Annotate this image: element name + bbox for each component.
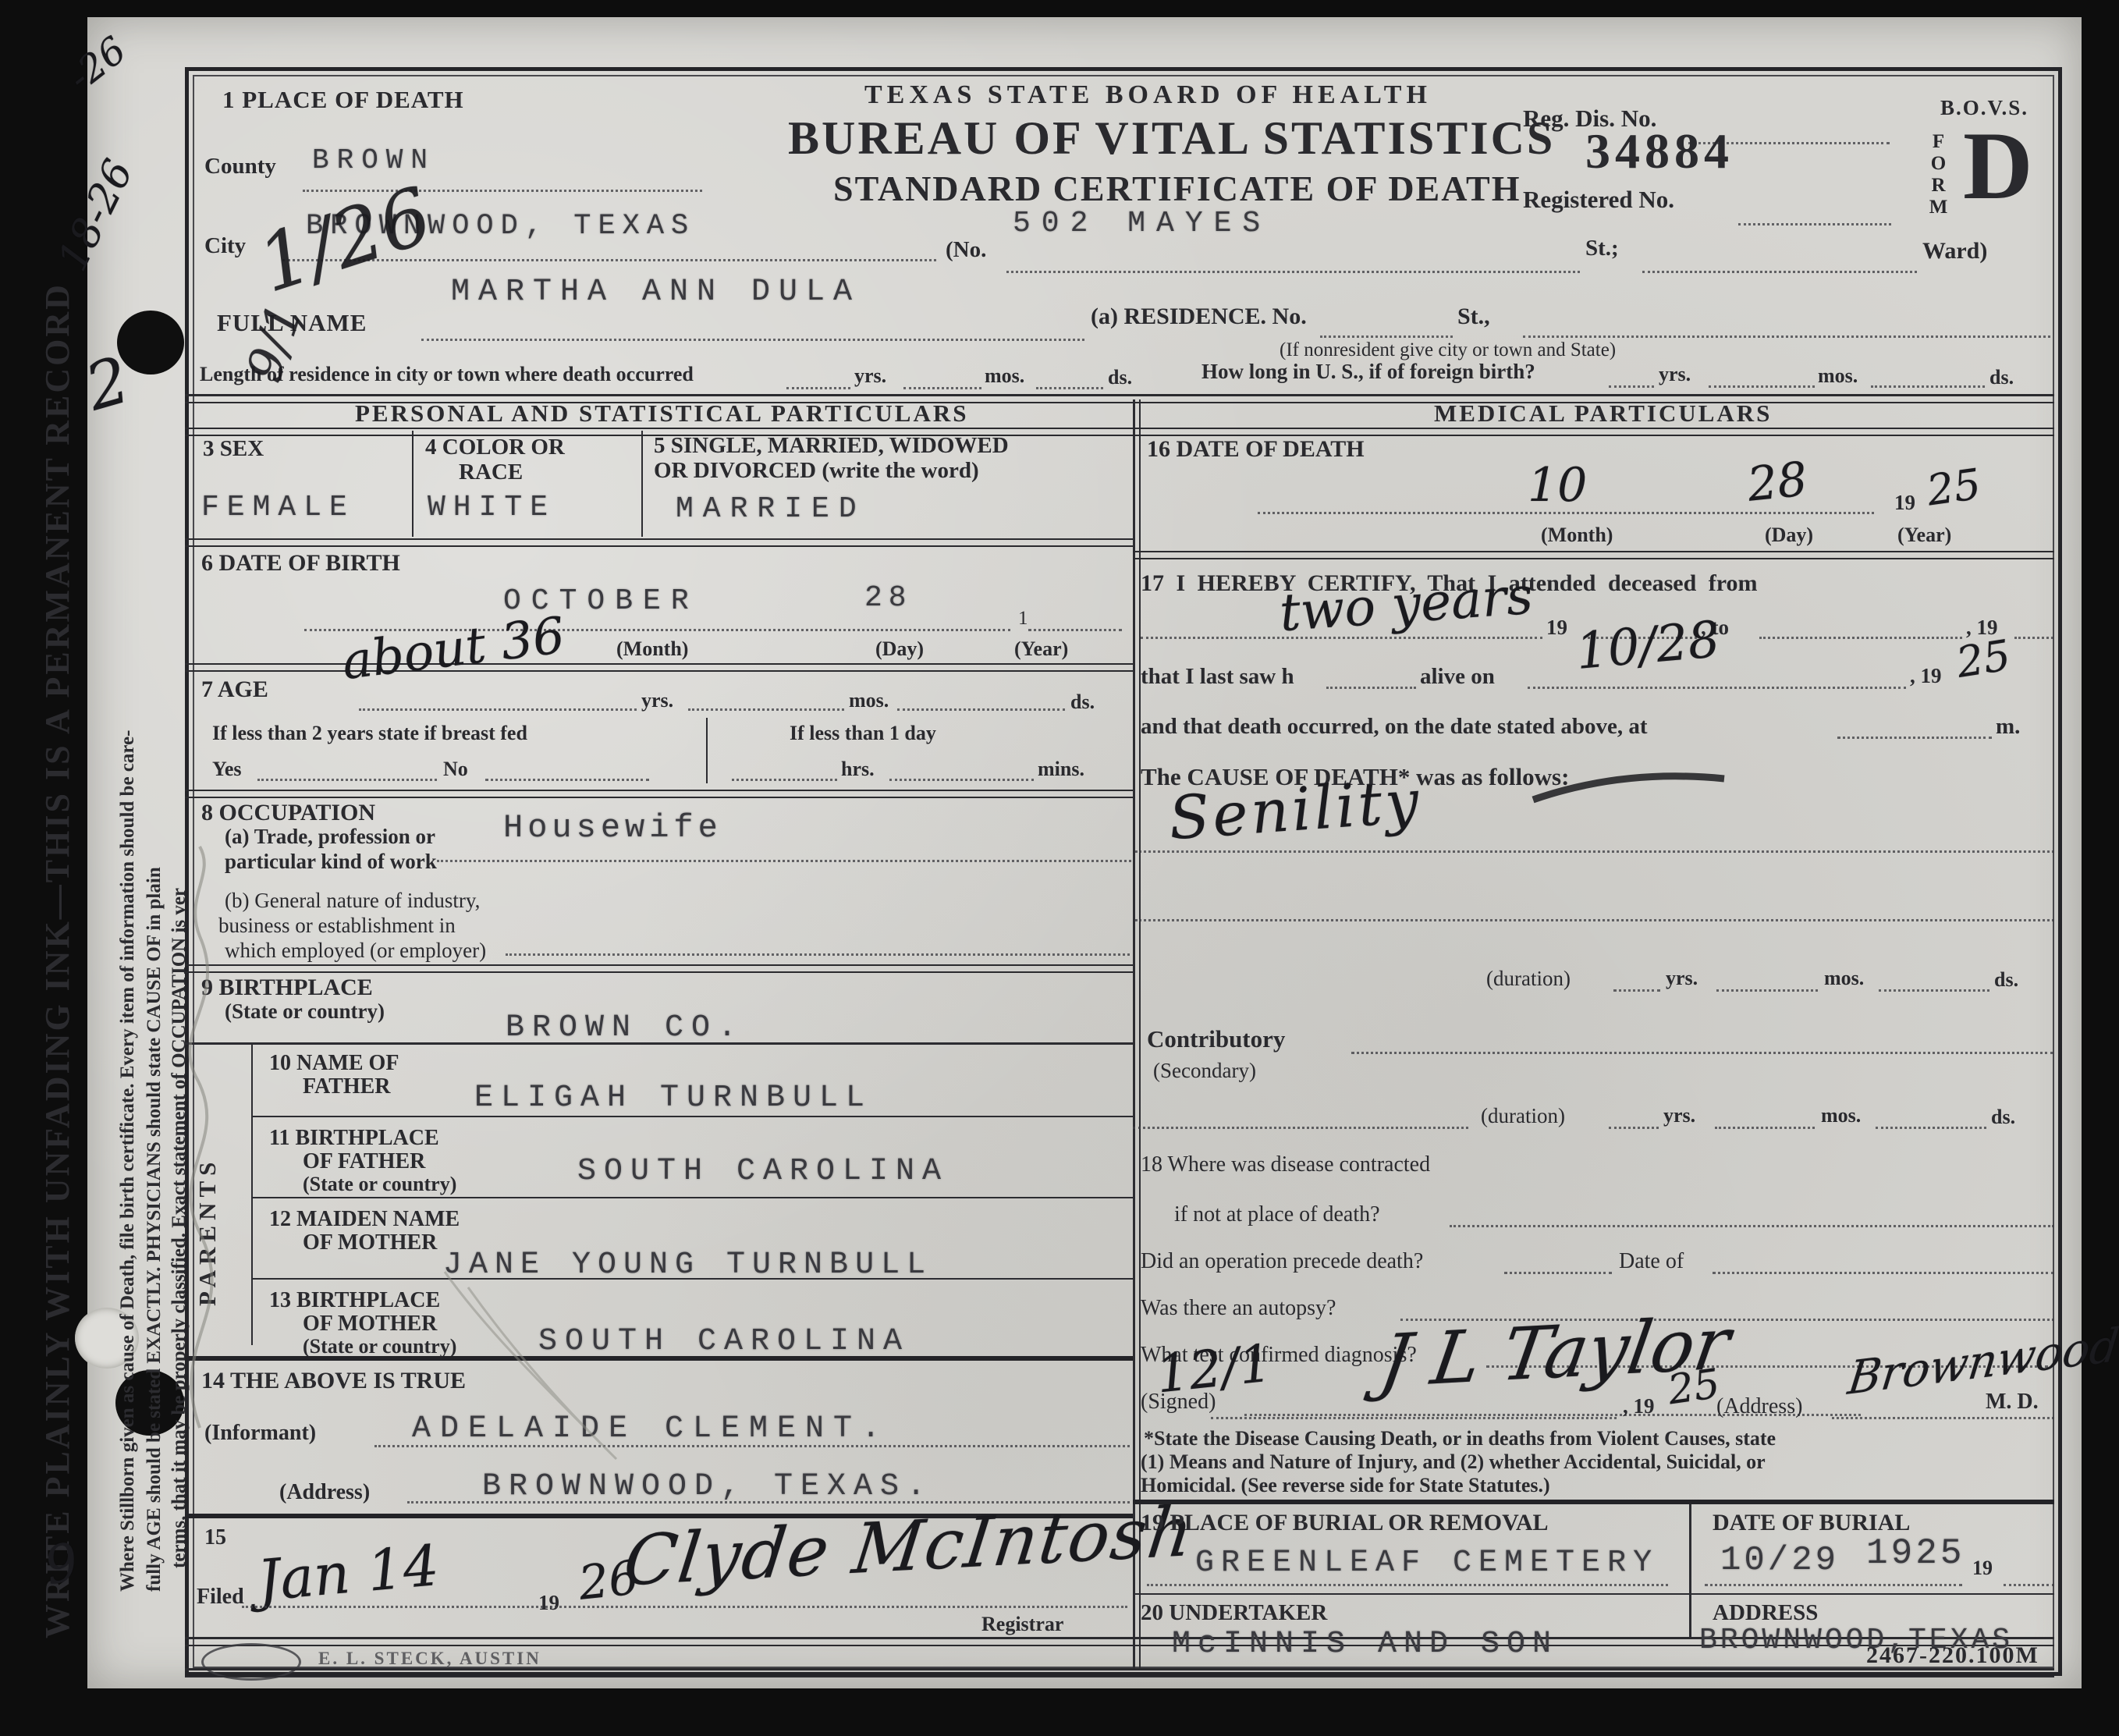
- howlong-dots-3: [1871, 385, 1985, 388]
- len-dots-3: [1036, 387, 1103, 389]
- parents-bottom-divider: [185, 1356, 1133, 1361]
- dur1-yrs: yrs.: [1666, 967, 1698, 989]
- full-name-dotted: [421, 339, 1084, 341]
- informant-address-label: (Address): [279, 1481, 370, 1503]
- informant-address-value: BROWNWOOD, TEXAS.: [482, 1472, 933, 1503]
- operation-dots-1: [1504, 1272, 1612, 1274]
- dur1-dots-2: [1716, 989, 1818, 992]
- howlong-yrs: yrs.: [1659, 364, 1691, 385]
- dur2-dots-1: [1609, 1127, 1659, 1129]
- dob-year-dotted: [1028, 629, 1122, 631]
- dod-19-printed: 19: [1894, 492, 1915, 513]
- dur2-yrs: yrs.: [1663, 1105, 1695, 1126]
- dob-label: 6 DATE OF BIRTH: [201, 551, 400, 576]
- form-d-letter: D: [1963, 115, 2033, 217]
- dur2-dots-0: [1133, 1127, 1468, 1129]
- undertaker-value: McINNIS AND SON: [1172, 1629, 1558, 1660]
- date-of-label: Date of: [1619, 1250, 1684, 1273]
- dob-divider: [185, 663, 1133, 672]
- dob-year-caption: (Year): [1014, 638, 1068, 659]
- pencil-scrawl-diagonal: [437, 1264, 624, 1467]
- dur1-dots-3: [1879, 989, 1989, 992]
- pen-flourish: [1529, 765, 1732, 811]
- age-ds: ds.: [1070, 691, 1095, 712]
- street-dotted-line: [1006, 271, 1580, 273]
- ward-label: Ward): [1922, 239, 1987, 264]
- age-dots-1: [359, 708, 637, 711]
- burial-year-value: 1925: [1866, 1535, 1965, 1571]
- undertaker-address-label: ADDRESS: [1713, 1601, 1818, 1624]
- contributory-label: Contributory: [1147, 1027, 1285, 1053]
- len-ds: ds.: [1108, 367, 1132, 388]
- dur1-mos: mos.: [1824, 967, 1864, 989]
- hrs-label: hrs.: [841, 758, 875, 779]
- registered-no-label: Registered No.: [1523, 187, 1674, 213]
- cause-of-death-handwritten: Senility: [1167, 772, 1424, 848]
- mother-name-label-1: 12 MAIDEN NAME: [269, 1208, 460, 1230]
- yes-label: Yes: [212, 758, 242, 779]
- nonresident-note: (If nonresident give city or town and St…: [1280, 340, 1616, 360]
- dod-year-caption: (Year): [1897, 524, 1951, 545]
- age-dots-3: [897, 708, 1065, 711]
- bottom-border: [185, 1668, 2054, 1677]
- occupation-value: Housewife: [503, 811, 722, 844]
- filed-19-printed: 19: [538, 1592, 559, 1614]
- column-divider-1: [1133, 399, 1135, 1668]
- last-saw-label: that I last saw h: [1141, 665, 1294, 688]
- sex-value: FEMALE: [201, 493, 355, 523]
- lastsaw-year-handwritten: 25: [1954, 634, 2013, 684]
- lastsaw-date-handwritten: 10/28: [1574, 615, 1722, 677]
- sex-label: 3 SEX: [203, 437, 264, 460]
- printer-stamp-text: E. L. STECK, AUSTIN: [318, 1649, 541, 1668]
- residence-st-label: St.,: [1457, 304, 1490, 329]
- dob-month-caption: (Month): [616, 638, 688, 659]
- father-bp-label-1: 11 BIRTHPLACE: [269, 1127, 439, 1149]
- father-bp-divider: [251, 1197, 1133, 1198]
- row5-divider: [185, 538, 1133, 547]
- registrar-label: Registrar: [981, 1614, 1063, 1635]
- bureau-title: BUREAU OF VITAL STATISTICS: [788, 114, 1555, 163]
- len-dots-1: [786, 387, 850, 389]
- death-certificate-scan: WRITE PLAINLY WITH UNFADING INK—THIS IS …: [0, 0, 2119, 1736]
- mother-name-label-2: OF MOTHER: [303, 1231, 437, 1254]
- form-number: 2467-220.100M: [1866, 1643, 2039, 1668]
- margin-note-1: Where Stillborn given as cause of Death,…: [117, 265, 139, 1592]
- county-label: County: [204, 154, 276, 178]
- residence-label: (a) RESIDENCE. No.: [1091, 304, 1307, 329]
- howlong-dots-1: [1609, 385, 1654, 388]
- father-bp-caption: (State or country): [303, 1173, 456, 1195]
- dod-year-handwritten: 25: [1925, 463, 1984, 512]
- place-of-burial-label: 19 PLACE OF BURIAL OR REMOVAL: [1141, 1511, 1549, 1535]
- certify-dots-1: [1141, 637, 1542, 639]
- certify-dots-3: [1759, 637, 1962, 639]
- death-occurred-label: and that death occurred, on the date sta…: [1141, 715, 1648, 738]
- filed-dotted: [242, 1606, 1127, 1608]
- signed-year-handwritten: 25: [1666, 1364, 1723, 1411]
- if-not-dotted: [1450, 1225, 2054, 1227]
- street-value: 502 MAYES: [1013, 209, 1271, 239]
- marital-label-2: OR DIVORCED (write the word): [654, 459, 979, 482]
- howlong-dots-2: [1709, 385, 1815, 388]
- place-of-death-label: 1 PLACE OF DEATH: [222, 87, 464, 113]
- operation-dots-2: [1713, 1272, 2054, 1274]
- board-title: TEXAS STATE BOARD OF HEALTH: [864, 81, 1432, 109]
- city-label: City: [204, 234, 246, 257]
- birthplace-value: BROWN CO.: [506, 1013, 744, 1044]
- date-of-death-label: 16 DATE OF DEATH: [1147, 437, 1365, 462]
- filed-date-handwritten: Jan 14: [255, 1537, 441, 1609]
- county-value: BROWN: [312, 147, 435, 175]
- dur1-dots-1: [1613, 989, 1660, 992]
- age-dots-2: [688, 708, 844, 711]
- age-mos: mos.: [849, 690, 889, 711]
- burial-section-divider: [1133, 1500, 2054, 1504]
- father-bp-value: SOUTH CAROLINA: [577, 1156, 949, 1188]
- margin-write-plainly: WRITE PLAINLY WITH UNFADING INK—THIS IS …: [37, 234, 77, 1638]
- st-label: St.;: [1585, 236, 1619, 260]
- pencil-scrawl-vertical: [153, 843, 262, 1436]
- burial-19-printed: 19: [1972, 1557, 1993, 1578]
- contributory-dotted: [1351, 1052, 2053, 1054]
- signed-date-handwritten: 12/1: [1154, 1337, 1274, 1401]
- item15-number: 15: [204, 1526, 226, 1549]
- breastfed-divider: [706, 718, 708, 783]
- howlong-mos: mos.: [1818, 365, 1858, 386]
- personal-section-title: PERSONAL AND STATISTICAL PARTICULARS: [355, 401, 969, 427]
- registered-no-dotted: [1738, 223, 1891, 225]
- ward-dotted-line: [1642, 271, 1917, 273]
- dob-day-caption: (Day): [875, 638, 924, 659]
- cause-dotted-1: [1135, 850, 2054, 853]
- occurred-dots: [1837, 737, 1992, 739]
- age-label: 7 AGE: [201, 677, 268, 702]
- yes-dots: [257, 779, 437, 781]
- residence-st-dotted: [1523, 335, 2050, 338]
- dod-divider: [1133, 551, 2054, 559]
- father-name-value: ELIGAH TURNBULL: [474, 1083, 872, 1114]
- duration2-label: (duration): [1481, 1105, 1565, 1127]
- md-label: M. D.: [1986, 1390, 2039, 1413]
- medical-title-rule: [1133, 428, 2054, 436]
- operation-label: Did an operation precede death?: [1141, 1250, 1423, 1273]
- occupation-b3: which employed (or employer): [225, 939, 486, 961]
- undertaker-label: 20 UNDERTAKER: [1141, 1601, 1327, 1624]
- age-yrs: yrs.: [641, 690, 673, 711]
- duration1-label: (duration): [1486, 967, 1571, 989]
- mother-bp-label-2: OF MOTHER: [303, 1312, 437, 1335]
- filed-label: Filed: [197, 1585, 244, 1608]
- occupation-divider: [185, 964, 1133, 973]
- dod-month-handwritten: 10: [1528, 462, 1587, 509]
- father-name-label-1: 10 NAME OF: [269, 1052, 399, 1074]
- no-dots: [485, 779, 649, 781]
- footnote-line-3: Homicidal. (See reverse side for State S…: [1141, 1475, 1550, 1496]
- color-value: WHITE: [428, 493, 555, 523]
- signed-19-printed: , 19: [1623, 1395, 1655, 1417]
- marital-value: MARRIED: [676, 495, 866, 524]
- burial-date-value: 10/29: [1720, 1543, 1839, 1578]
- dur1-ds: ds.: [1994, 969, 2018, 990]
- dur2-mos: mos.: [1821, 1105, 1861, 1126]
- registered-number-value: 34884: [1585, 125, 1734, 177]
- age-divider: [185, 790, 1133, 798]
- disease-contracted-label: 18 Where was disease contracted: [1141, 1153, 1430, 1176]
- form-vertical-label: FORM: [1927, 131, 1949, 225]
- occupation-a-dotted: [437, 860, 1131, 862]
- burial-dotted: [1147, 1584, 1668, 1586]
- full-name-value: MARTHA ANN DULA: [451, 277, 861, 308]
- mother-bp-label-1: 13 BIRTHPLACE: [269, 1289, 440, 1312]
- certificate-title: STANDARD CERTIFICATE OF DEATH: [833, 170, 1521, 208]
- father-bp-label-2: OF FATHER: [303, 1150, 425, 1173]
- footnote-line-2: (1) Means and Nature of Injury, and (2) …: [1141, 1451, 1766, 1472]
- signed-date-dotted: [1211, 1417, 1617, 1419]
- dur2-dots-3: [1876, 1127, 1986, 1129]
- certify-dots-4: [2014, 637, 2053, 639]
- certify-19a: 19: [1546, 616, 1567, 638]
- mother-divider: [251, 1278, 1133, 1280]
- breastfed-label: If less than 2 years state if breast fed: [212, 722, 527, 744]
- hrs-dots: [732, 779, 837, 781]
- residence-no-dotted: [1320, 335, 1453, 338]
- dod-day-handwritten: 28: [1745, 456, 1809, 509]
- medical-section-title: MEDICAL PARTICULARS: [1434, 401, 1772, 427]
- occupation-label: 8 OCCUPATION: [201, 801, 375, 825]
- dod-dotted: [1258, 512, 1874, 514]
- birthplace-divider: [185, 1042, 1133, 1045]
- howlong-label: How long in U. S., if of foreign birth?: [1201, 360, 1535, 382]
- autopsy-label: Was there an autopsy?: [1141, 1297, 1336, 1319]
- lessday-label: If less than 1 day: [790, 722, 936, 744]
- signed-address-label: (Address): [1716, 1395, 1802, 1418]
- len-dots-2: [903, 387, 981, 389]
- cause-dotted-2: [1135, 919, 2054, 921]
- sex-color-divider: [412, 431, 414, 537]
- burial-column-divider: [1689, 1504, 1691, 1637]
- color-label-1: 4 COLOR OR: [425, 435, 565, 459]
- dob-day-value: 28: [864, 584, 913, 613]
- mother-bp-caption: (State or country): [303, 1336, 456, 1357]
- color-label-2: RACE: [459, 460, 523, 484]
- burial-date-dotted-2: [2004, 1584, 2054, 1586]
- dod-month-caption: (Month): [1541, 524, 1613, 545]
- mins-dots: [889, 779, 1034, 781]
- len-yrs: yrs.: [854, 365, 886, 386]
- date-of-burial-label: DATE OF BURIAL: [1713, 1511, 1910, 1535]
- lastsaw-19-printed: , 19: [1910, 665, 1942, 687]
- lastsaw-dots-2: [1528, 687, 1906, 689]
- signed-address-dotted: [1832, 1417, 2054, 1419]
- dur2-ds: ds.: [1991, 1106, 2015, 1127]
- secondary-label: (Secondary): [1153, 1060, 1256, 1081]
- howlong-ds: ds.: [1989, 367, 2014, 388]
- dur2-dots-2: [1715, 1127, 1815, 1129]
- burial-row-divider: [1133, 1593, 2054, 1595]
- marital-label-1: 5 SINGLE, MARRIED, WIDOWED: [654, 434, 1009, 457]
- father-name-label-2: FATHER: [303, 1075, 391, 1098]
- alive-on-label: alive on: [1420, 665, 1495, 688]
- color-marital-divider: [641, 431, 643, 537]
- mins-label: mins.: [1038, 758, 1084, 779]
- occupation-b-dotted: [506, 953, 1130, 956]
- place-of-burial-value: GREENLEAF CEMETERY: [1195, 1548, 1659, 1579]
- if-not-label: if not at place of death?: [1174, 1203, 1380, 1226]
- no-label: No: [443, 758, 468, 779]
- occupation-b1: (b) General nature of industry,: [225, 889, 480, 911]
- dod-day-caption: (Day): [1765, 524, 1813, 545]
- street-no-label: (No.: [946, 238, 986, 261]
- len-mos: mos.: [985, 365, 1024, 386]
- occurred-m-label: m.: [1996, 715, 2020, 738]
- father-divider: [251, 1116, 1133, 1117]
- lastsaw-dots-1: [1326, 687, 1416, 689]
- footnote-line-1: *State the Disease Causing Death, or in …: [1144, 1428, 1776, 1449]
- burial-date-dotted: [1705, 1584, 1962, 1586]
- dob-year-prefix: 1: [1018, 609, 1028, 629]
